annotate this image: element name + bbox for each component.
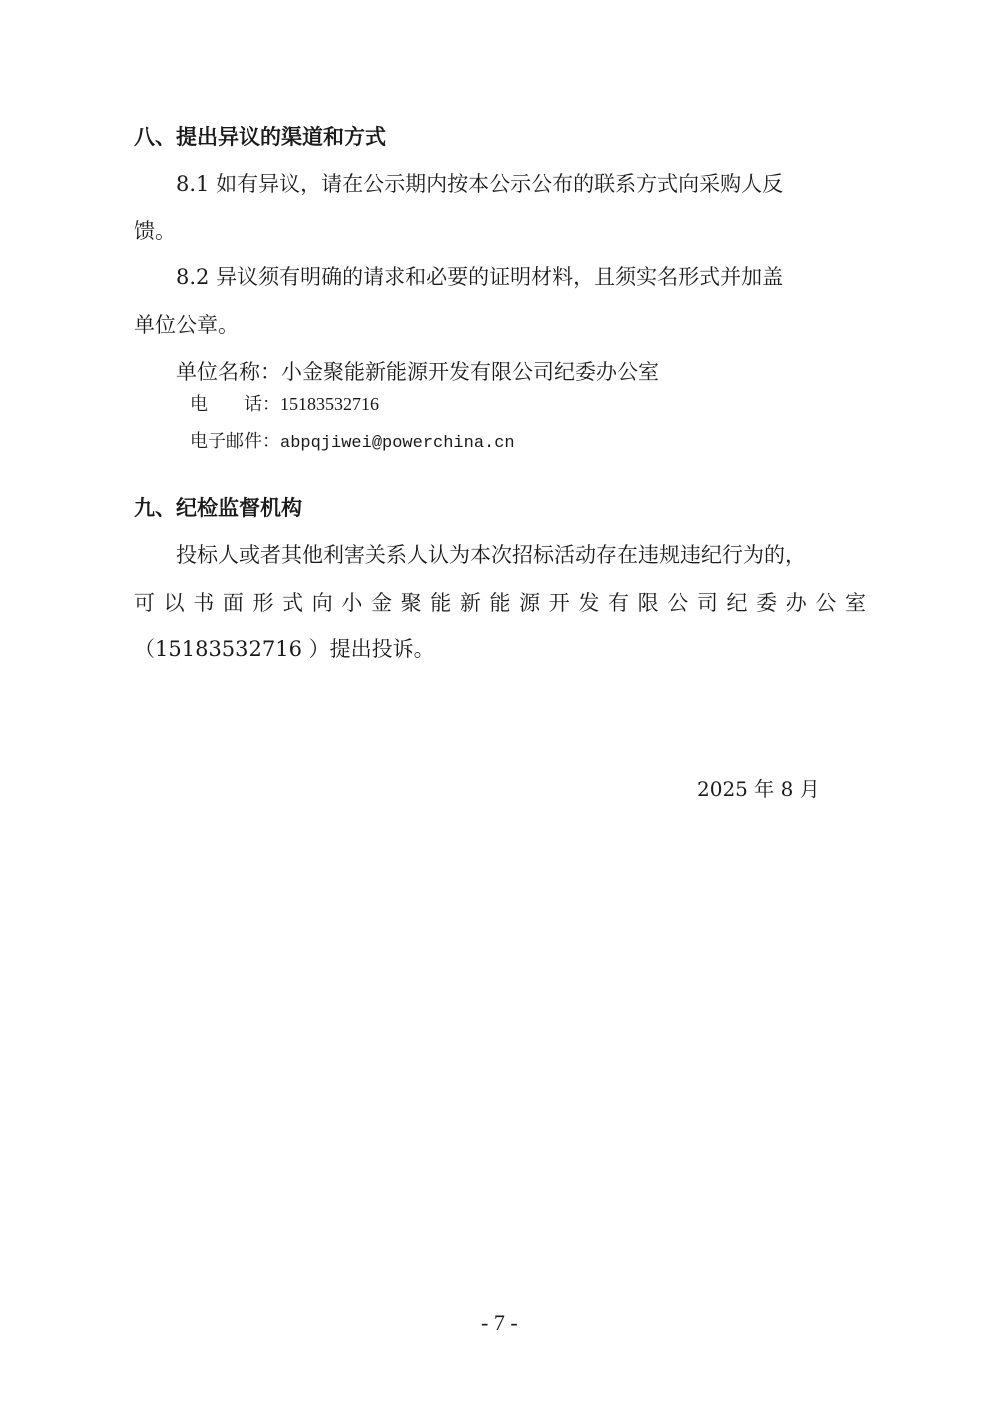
section-9-heading: 九、纪检监督机构 (134, 496, 302, 520)
paragraph-8-2-line-1: 8.2 异议须有明确的请求和必要的证明材料，且须实名形式并加盖 (176, 265, 783, 289)
contact-phone-label: 电 话： (190, 394, 280, 415)
paragraph-8-1-line-2: 馈。 (134, 219, 176, 243)
contact-unit-value: 小金聚能新能源开发有限公司纪委办公室 (281, 360, 659, 384)
contact-email-label: 电子邮件： (190, 431, 280, 452)
contact-phone: 电 话：15183532716 (190, 392, 379, 417)
paragraph-9-line-3: （15183532716 ）提出投诉。 (134, 637, 435, 661)
paragraph-8-1-line-1: 8.1 如有异议，请在公示期内按本公示公布的联系方式向采购人反 (176, 172, 783, 196)
contact-email-value: abpqjiwei@powerchina.cn (280, 434, 515, 453)
contact-email: 电子邮件：abpqjiwei@powerchina.cn (190, 430, 515, 456)
document-date: 2025 年 8 月 (697, 777, 820, 801)
contact-phone-value: 15183532716 (280, 394, 379, 414)
section-8-heading: 八、提出异议的渠道和方式 (134, 125, 386, 149)
page-number: - 7 - (481, 1311, 518, 1335)
paragraph-9-line-1: 投标人或者其他利害关系人认为本次招标活动存在违规违纪行为的， (176, 543, 806, 567)
paragraph-9-line-2: 可 以 书 面 形 式 向 小 金 聚 能 新 能 源 开 发 有 限 公 司 … (134, 591, 866, 615)
contact-unit: 单位名称：小金聚能新能源开发有限公司纪委办公室 (176, 360, 659, 384)
contact-unit-label: 单位名称： (176, 360, 281, 384)
paragraph-8-2-line-2: 单位公章。 (134, 313, 239, 337)
